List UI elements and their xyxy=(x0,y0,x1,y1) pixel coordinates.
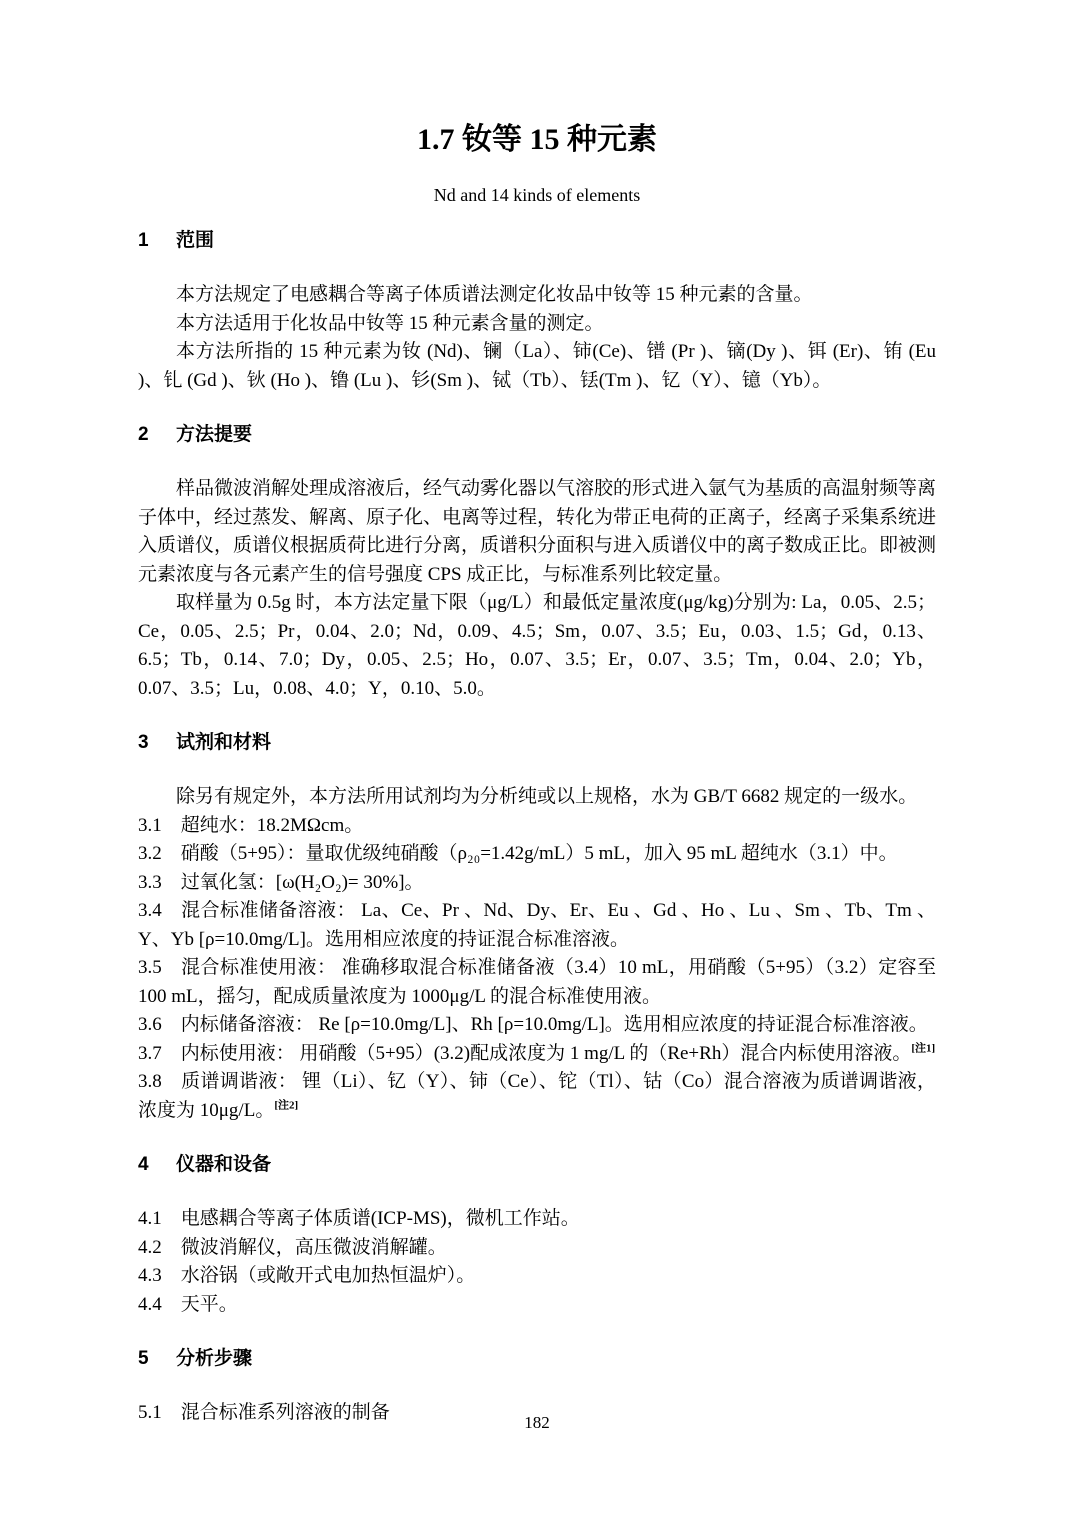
footnote-marker-2: [注2] xyxy=(274,1099,298,1111)
section-5-title: 分析步骤 xyxy=(176,1348,252,1369)
list-item-number: 3.2 xyxy=(138,840,181,869)
section-3-title: 试剂和材料 xyxy=(176,732,271,753)
document-title: 1.7 钕等 15 种元素 xyxy=(138,122,936,158)
list-item-3-7: 3.7内标使用液： 用硝酸（5+95）(3.2)配成浓度为 1 mg/L 的（R… xyxy=(138,1040,936,1069)
list-item-text: 硝酸（5+95）：量取优级纯硝酸（ρ₂₀=1.42g/mL）5 mL，加入 95… xyxy=(181,843,898,864)
section-1-paragraph-1: 本方法规定了电感耦合等离子体质谱法测定化妆品中钕等 15 种元素的含量。 xyxy=(138,281,936,310)
section-3-number: 3 xyxy=(138,732,176,754)
section-3-heading: 3试剂和材料 xyxy=(138,732,936,754)
section-1-paragraph-2: 本方法适用于化妆品中钕等 15 种元素含量的测定。 xyxy=(138,310,936,339)
list-item-4-1: 4.1电感耦合等离子体质谱(ICP-MS)，微机工作站。 xyxy=(138,1205,936,1234)
list-item-text: 混合标准使用液： 准确移取混合标准储备液（3.4）10 mL，用硝酸（5+95）… xyxy=(138,957,936,1007)
document-subtitle: Nd and 14 kinds of elements xyxy=(138,184,936,206)
document-page: 1.7 钕等 15 种元素 Nd and 14 kinds of element… xyxy=(0,0,1074,1520)
list-item-number: 3.4 xyxy=(138,897,181,926)
section-1-paragraph-3: 本方法所指的 15 种元素为钕 (Nd)、镧（La）、铈(Ce)、镨 (Pr )… xyxy=(138,338,936,395)
document-content: 1.7 钕等 15 种元素 Nd and 14 kinds of element… xyxy=(138,0,936,1428)
list-item-text: 水浴锅（或敞开式电加热恒温炉）。 xyxy=(181,1265,476,1286)
list-item-3-1: 3.1超纯水：18.2MΩcm。 xyxy=(138,812,936,841)
section-2-title: 方法提要 xyxy=(176,424,252,445)
list-item-4-2: 4.2微波消解仪，高压微波消解罐。 xyxy=(138,1234,936,1263)
list-item-text: 过氧化氢：[ω(H₂O₂)= 30%]。 xyxy=(181,872,424,893)
list-item-3-4: 3.4混合标准储备溶液： La、Ce、Pr 、Nd、Dy、Er、Eu 、Gd 、… xyxy=(138,897,936,954)
list-item-number: 4.3 xyxy=(138,1262,181,1291)
section-5-heading: 5分析步骤 xyxy=(138,1348,936,1370)
section-3-intro: 除另有规定外，本方法所用试剂均为分析纯或以上规格，水为 GB/T 6682 规定… xyxy=(138,783,936,812)
list-item-text: 天平。 xyxy=(181,1294,238,1315)
section-1-number: 1 xyxy=(138,230,176,252)
section-2-heading: 2方法提要 xyxy=(138,424,936,446)
list-item-number: 3.7 xyxy=(138,1040,181,1069)
list-item-3-6: 3.6内标储备溶液： Re [ρ=10.0mg/L]、Rh [ρ=10.0mg/… xyxy=(138,1011,936,1040)
list-item-number: 4.2 xyxy=(138,1234,181,1263)
list-item-text: 内标储备溶液： Re [ρ=10.0mg/L]、Rh [ρ=10.0mg/L]。… xyxy=(181,1014,928,1035)
list-item-number: 4.1 xyxy=(138,1205,181,1234)
list-item-3-3: 3.3过氧化氢：[ω(H₂O₂)= 30%]。 xyxy=(138,869,936,898)
section-2-number: 2 xyxy=(138,424,176,446)
list-item-4-4: 4.4天平。 xyxy=(138,1291,936,1320)
list-item-text: 混合标准储备溶液： La、Ce、Pr 、Nd、Dy、Er、Eu 、Gd 、Ho … xyxy=(138,900,936,950)
list-item-text: 微波消解仪，高压微波消解罐。 xyxy=(181,1237,447,1258)
list-item-number: 3.8 xyxy=(138,1068,181,1097)
section-5-number: 5 xyxy=(138,1348,176,1370)
section-4-title: 仪器和设备 xyxy=(176,1154,271,1175)
footnote-marker-1: [注1] xyxy=(911,1042,935,1054)
list-item-3-5: 3.5混合标准使用液： 准确移取混合标准储备液（3.4）10 mL，用硝酸（5+… xyxy=(138,954,936,1011)
list-item-number: 3.1 xyxy=(138,812,181,841)
section-4-heading: 4仪器和设备 xyxy=(138,1154,936,1176)
list-item-number: 4.4 xyxy=(138,1291,181,1320)
section-2-paragraph-2: 取样量为 0.5g 时，本方法定量下限（μg/L）和最低定量浓度(μg/kg)分… xyxy=(138,589,936,703)
list-item-text: 超纯水：18.2MΩcm。 xyxy=(181,815,363,836)
section-4-number: 4 xyxy=(138,1154,176,1176)
section-1-heading: 1范围 xyxy=(138,230,936,252)
list-item-number: 3.3 xyxy=(138,869,181,898)
page-number: 182 xyxy=(0,1413,1074,1433)
section-2-paragraph-1: 样品微波消解处理成溶液后，经气动雾化器以气溶胶的形式进入氩气为基质的高温射频等离… xyxy=(138,475,936,589)
list-item-number: 3.6 xyxy=(138,1011,181,1040)
section-1-title: 范围 xyxy=(176,230,214,251)
list-item-3-2: 3.2硝酸（5+95）：量取优级纯硝酸（ρ₂₀=1.42g/mL）5 mL，加入… xyxy=(138,840,936,869)
list-item-number: 3.5 xyxy=(138,954,181,983)
list-item-text: 电感耦合等离子体质谱(ICP-MS)，微机工作站。 xyxy=(181,1208,580,1229)
list-item-text: 内标使用液： 用硝酸（5+95）(3.2)配成浓度为 1 mg/L 的（Re+R… xyxy=(181,1043,912,1064)
list-item-text: 质谱调谐液： 锂（Li）、钇（Y）、铈（Ce）、铊（Tl）、钴（Co）混合溶液为… xyxy=(138,1071,936,1121)
list-item-4-3: 4.3水浴锅（或敞开式电加热恒温炉）。 xyxy=(138,1262,936,1291)
list-item-3-8: 3.8质谱调谐液： 锂（Li）、钇（Y）、铈（Ce）、铊（Tl）、钴（Co）混合… xyxy=(138,1068,936,1125)
